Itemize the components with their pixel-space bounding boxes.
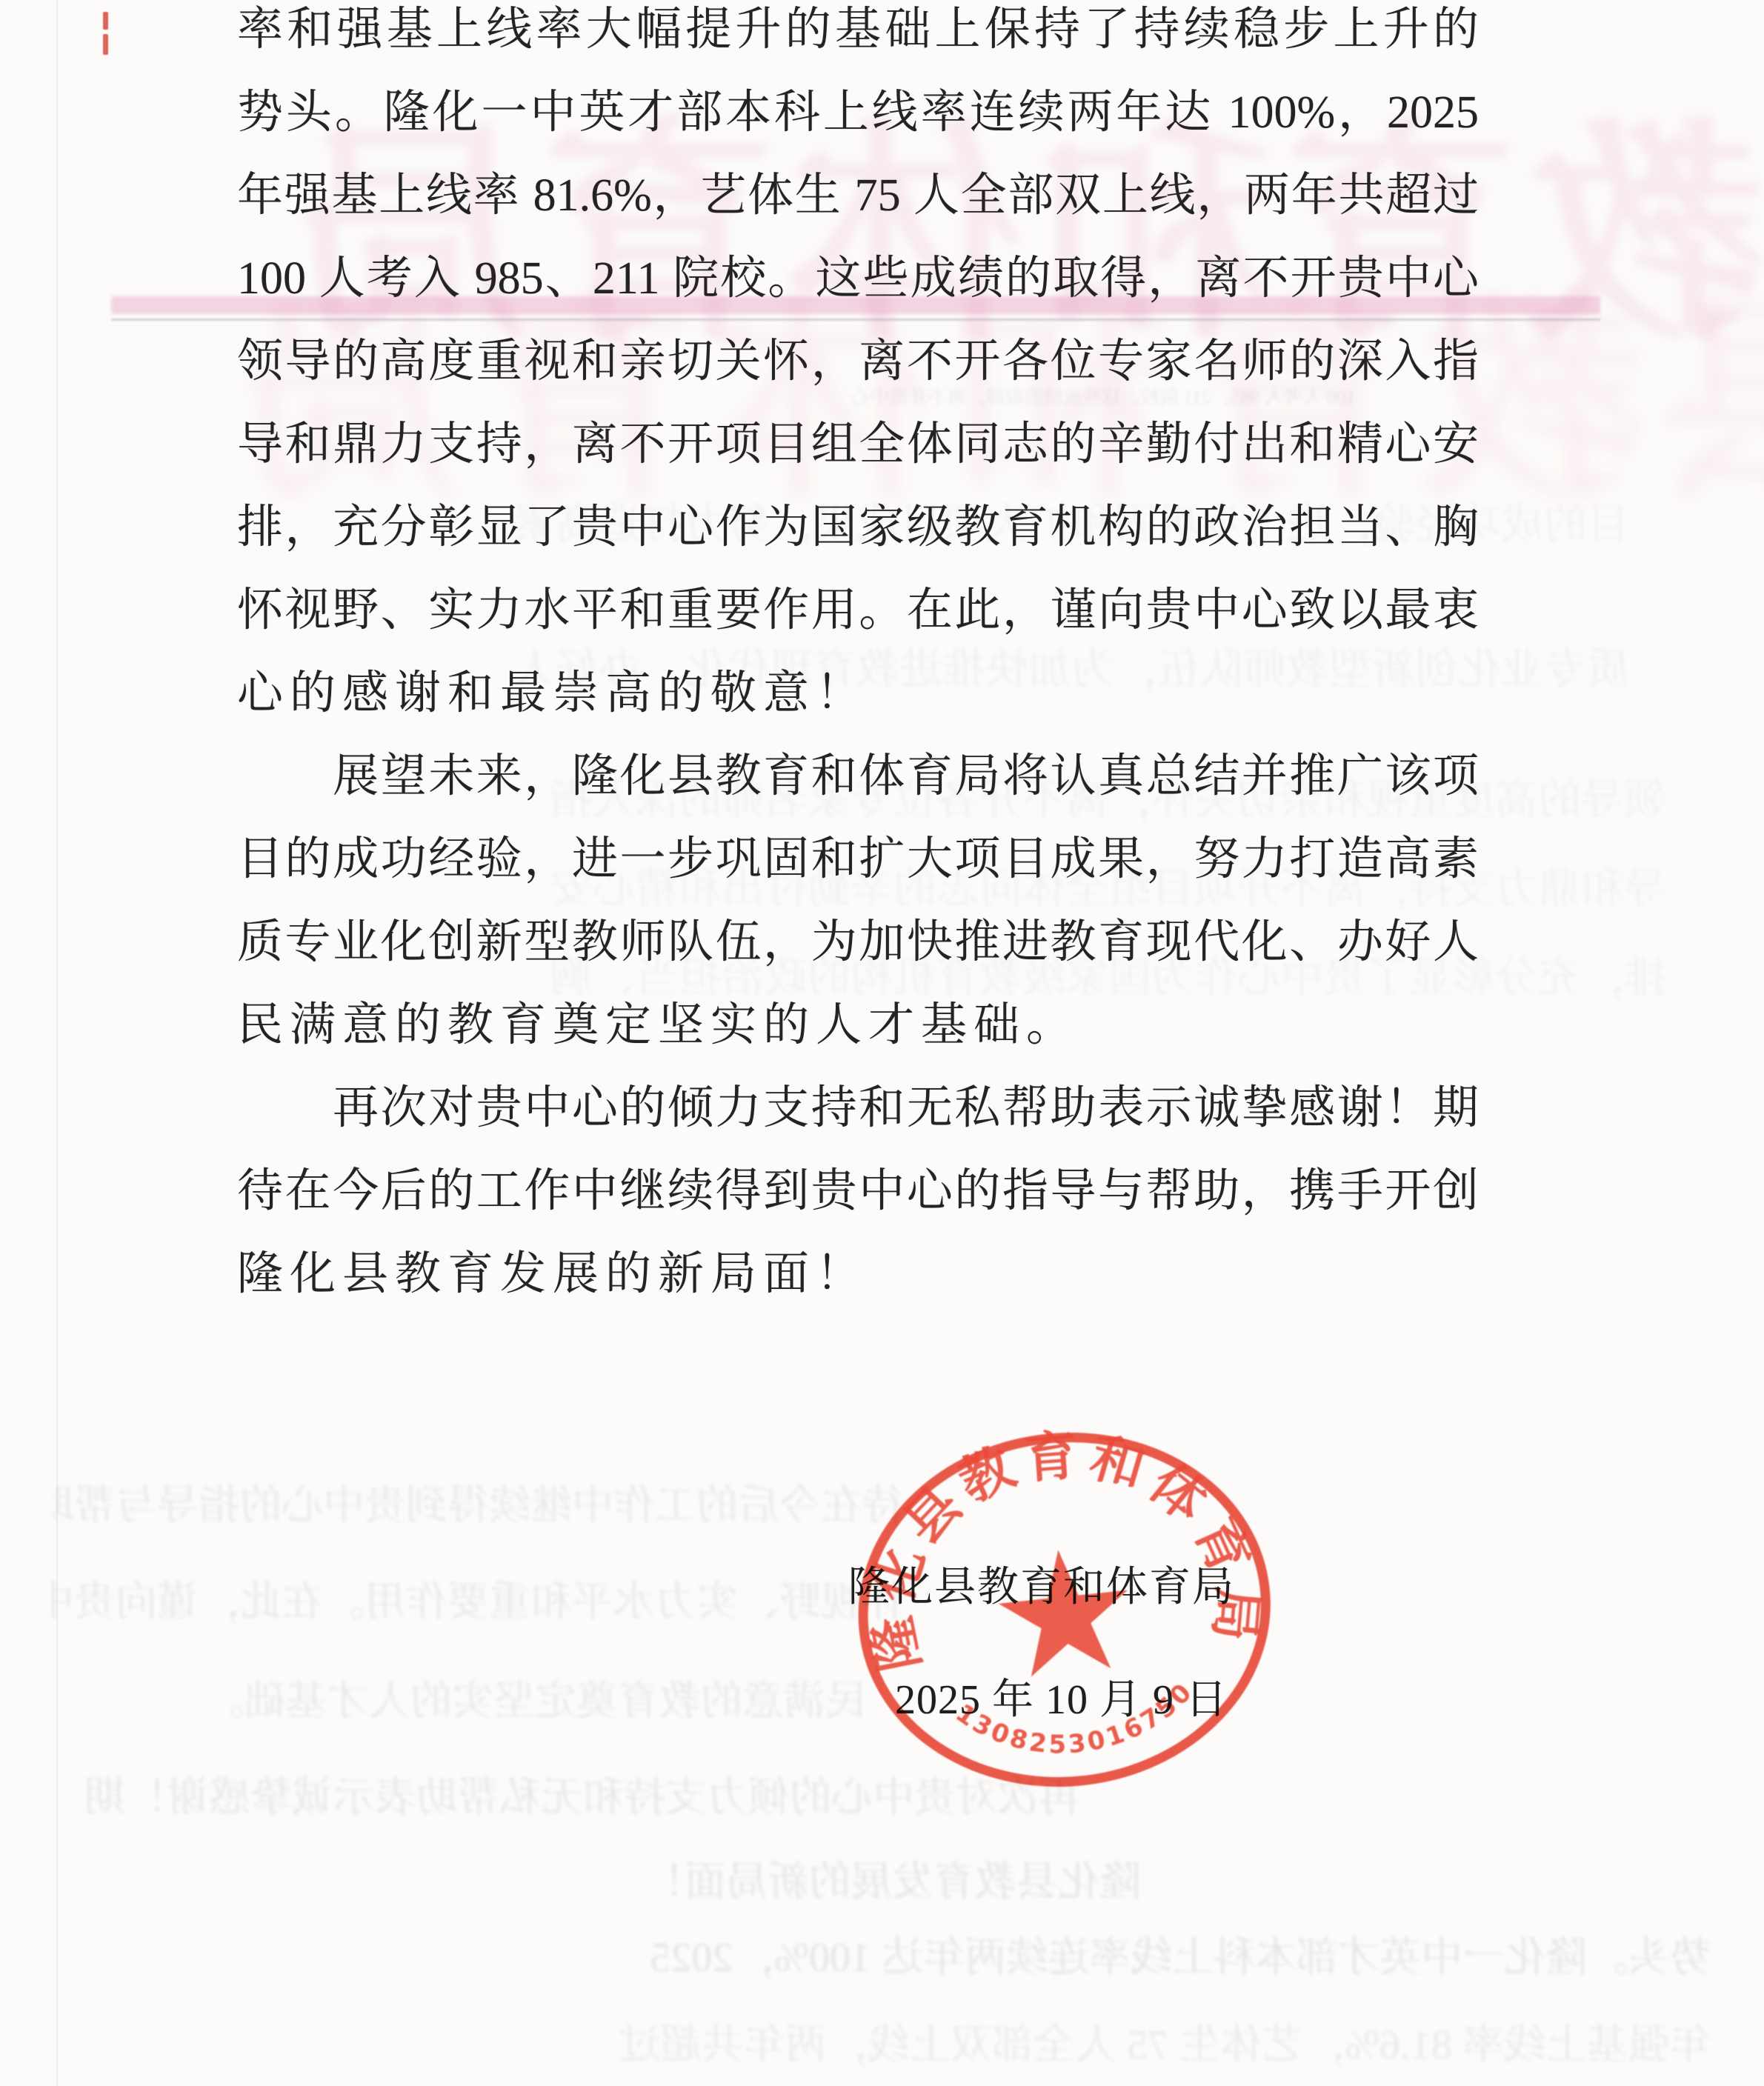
letter-line: 领导的高度重视和亲切关怀，离不开各位专家名师的深入指 [237,320,1479,403]
letter-line: 隆化县教育发展的新局面！ [237,1233,1479,1316]
letter-line: 目的成功经验，进一步巩固和扩大项目成果，努力打造高素 [237,818,1479,901]
bleedthrough-text-row: 怀视野、实力水平和重要作用。在此，谨向贵中心致以最衷 [52,1569,904,1628]
letter-line: 100 人考入 985、211 院校。这些成绩的取得，离不开贵中心 [237,237,1479,320]
bleedthrough-text-row: 年强基上线率 81.6%，艺体生 75 人全部双上线，两年共超过 [119,2012,1711,2071]
bleedthrough-text-row: 隆化县教育发展的新局面！ [178,1849,1141,1908]
letter-line: 排，充分彰显了贵中心作为国家级教育机构的政治担当、胸 [237,486,1479,569]
letter-line: 再次对贵中心的倾力支持和无私帮助表示诚挚感谢！期 [237,1067,1479,1150]
letter-line: 导和鼎力支持，离不开项目组全体同志的辛勤付出和精心安 [237,403,1479,486]
red-registration-mark [103,34,108,55]
letter-line: 民满意的教育奠定坚实的人才基础。 [237,984,1479,1067]
bleedthrough-text-row: 民满意的教育奠定坚实的人才基础。 [52,1668,867,1727]
star-icon [994,1543,1135,1679]
scanned-letter-page: 隆化县教育和体育局 隆化县教育和体育局 100 人考入 985、211 院校。这… [0,0,1764,2086]
letter-line: 势头。隆化一中英才部本科上线率连续两年达 100%，2025 [237,71,1479,154]
letter-line: 心的感谢和最崇高的敬意！ [237,652,1479,735]
scan-fold-line [56,0,58,2086]
letter-line: 待在今后的工作中继续得到贵中心的指导与帮助，携手开创 [237,1150,1479,1233]
letter-line: 质专业化创新型教师队伍，为加快推进教育现代化、办好人 [237,901,1479,984]
letter-line: 年强基上线率 81.6%，艺体生 75 人全部双上线，两年共超过 [237,154,1479,237]
bleedthrough-text-row: 待在今后的工作中继续得到贵中心的指导与帮助，携手开创 [52,1473,904,1532]
official-seal: 隆化县教育和体育局 1308253016750 [851,1430,1279,1794]
letter-body: 率和强基上线率大幅提升的基础上保持了持续稳步上升的 势头。隆化一中英才部本科上线… [237,0,1479,1316]
bleedthrough-text-row: 势头。隆化一中英才部本科上线率连续两年达 100%，2025 [119,1925,1711,1984]
red-registration-mark [103,12,108,30]
letter-line: 率和强基上线率大幅提升的基础上保持了持续稳步上升的 [237,0,1479,71]
letter-line: 怀视野、实力水平和重要作用。在此，谨向贵中心致以最衷 [237,569,1479,652]
letter-line: 展望未来，隆化县教育和体育局将认真总结并推广该项 [237,735,1479,818]
